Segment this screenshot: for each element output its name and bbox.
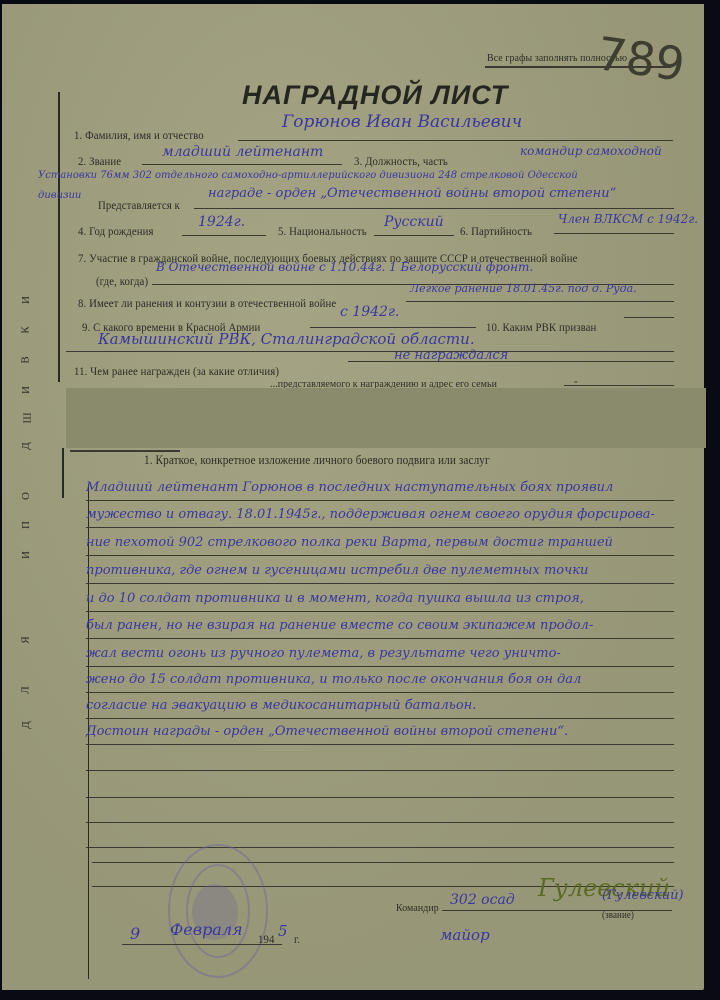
side-letter: Я xyxy=(20,636,32,643)
field-9-line xyxy=(310,327,476,328)
commander-unit: 302 осад xyxy=(450,892,515,908)
ruled-line xyxy=(86,847,674,848)
narrative-line: мужество и отвагу. 18.01.1945г., поддерж… xyxy=(86,507,655,522)
side-letter: В xyxy=(20,356,32,363)
side-letter: Д xyxy=(20,442,32,450)
side-letter: К xyxy=(20,326,32,333)
field-11-label: 11. Чем ранее награжден (за какие отличи… xyxy=(74,364,279,379)
field-1-value: Горюнов Иван Васильевич xyxy=(282,112,522,132)
section-divider xyxy=(70,450,180,452)
narrative-line: жал вести огонь из ручного пулемета, в р… xyxy=(86,646,561,661)
date-year-print: 194 xyxy=(258,932,274,947)
field-1-label: 1. Фамилия, имя и отчество xyxy=(74,128,204,143)
commander-name: (Гулевский) xyxy=(602,888,684,903)
present-value: награде - орден „Отечественной войны вто… xyxy=(208,186,616,201)
commander-line xyxy=(442,910,672,911)
field-3-label: 3. Должность, часть xyxy=(354,154,448,169)
rank-hint: (звание) xyxy=(602,910,634,921)
redacted-band xyxy=(66,388,706,448)
field-4-label: 4. Год рождения xyxy=(78,224,154,239)
ruled-line xyxy=(92,862,674,863)
field-10-label: 10. Каким РВК призван xyxy=(486,320,596,335)
field-9-value: с 1942г. xyxy=(340,304,399,320)
field-2-label: 2. Звание xyxy=(78,154,121,169)
field-7-value: В Отечественной войне с 1.10.44г. 1 Бело… xyxy=(156,260,533,274)
field-6-line xyxy=(554,233,674,234)
field-10-line-2 xyxy=(66,351,674,352)
field-2-line xyxy=(142,164,342,165)
side-letter: И xyxy=(20,551,32,559)
narrative-line: был ранен, но не взирая на ранение вмест… xyxy=(86,618,593,633)
field-11-line xyxy=(348,361,674,362)
narrative-line: ние пехотой 902 стрелкового полка реки В… xyxy=(86,535,613,550)
field-12-line xyxy=(564,385,674,386)
ruled-line xyxy=(86,583,674,584)
field-3-value-1: командир самоходной xyxy=(520,144,662,158)
field-10-line xyxy=(624,317,674,318)
ruled-line xyxy=(86,692,674,693)
ruled-line xyxy=(86,611,674,612)
ruled-line xyxy=(86,797,674,798)
date-month: Февраля xyxy=(170,920,243,939)
date-year-hand: 5 xyxy=(278,922,288,940)
narrative-line: противника, где огнем и гусеницами истре… xyxy=(86,563,588,578)
field-12-value: - xyxy=(574,374,578,389)
side-letter: О xyxy=(20,492,32,500)
field-2-value: младший лейтенант xyxy=(162,144,323,160)
ruled-line xyxy=(86,638,674,639)
field-7-label-2: (где, когда) xyxy=(96,274,148,289)
date-suffix: г. xyxy=(294,932,300,947)
field-3-value-3: дивизии xyxy=(38,190,81,201)
field-4-line xyxy=(182,235,266,236)
narrative-line: Младший лейтенант Горюнов в последних на… xyxy=(86,480,613,495)
side-letter: Л xyxy=(20,686,32,693)
field-5-line xyxy=(374,235,454,236)
field-8-value: Легкое ранение 18.01.45г. под д. Руда. xyxy=(410,282,637,295)
pencil-archive-number: 789 xyxy=(594,26,688,92)
field-1-line xyxy=(238,140,673,141)
narrative-line: согласие на эвакуацию в медикосанитарный… xyxy=(86,698,476,713)
field-5-value: Русский xyxy=(384,214,444,230)
field-5-label: 5. Национальность xyxy=(278,224,367,239)
page-title: НАГРАДНОЙ ЛИСТ xyxy=(242,80,508,111)
ruled-line xyxy=(86,744,674,745)
field-3-value-2: Установки 76мм 302 отдельного самоходно-… xyxy=(38,170,578,181)
present-line xyxy=(194,208,674,209)
left-border-top xyxy=(58,92,60,382)
present-label: Представляется к xyxy=(98,198,180,213)
ruled-line xyxy=(86,555,674,556)
narrative-line: и до 10 солдат противника и в момент, ко… xyxy=(86,591,584,606)
narrative-line: жено до 15 солдат противника, и только п… xyxy=(86,672,581,687)
ruled-line xyxy=(86,527,674,528)
side-letter: И xyxy=(20,386,32,394)
side-letter: И xyxy=(20,296,32,304)
left-border-mid xyxy=(62,448,64,498)
field-8-line xyxy=(406,301,674,302)
side-letter: Д xyxy=(20,721,32,729)
section-heading: 1. Краткое, конкретное изложение личного… xyxy=(144,453,490,468)
commander-label: Командир xyxy=(396,902,439,914)
award-sheet-paper: Все графы заполнять полностью 789 НАГРАД… xyxy=(2,4,704,990)
narrative-line: Достоин награды - орден „Отечественной в… xyxy=(86,724,568,739)
date-day: 9 xyxy=(130,924,140,943)
side-letter: Ш xyxy=(22,412,34,423)
ruled-line xyxy=(86,666,674,667)
ruled-line xyxy=(86,770,674,771)
ruled-line xyxy=(86,500,674,501)
field-6-value: Член ВЛКСМ с 1942г. xyxy=(558,212,698,226)
field-6-label: 6. Партийность xyxy=(460,224,532,239)
field-4-value: 1924г. xyxy=(198,214,245,230)
ruled-line xyxy=(86,718,674,719)
side-letter: П xyxy=(20,521,32,529)
ruled-line xyxy=(86,822,674,823)
field-8-label: 8. Имеет ли ранения и контузии в отечест… xyxy=(78,296,336,311)
commander-rank: майор xyxy=(440,926,490,944)
field-10-value: Камышинский РВК, Сталинградской области. xyxy=(98,330,475,348)
